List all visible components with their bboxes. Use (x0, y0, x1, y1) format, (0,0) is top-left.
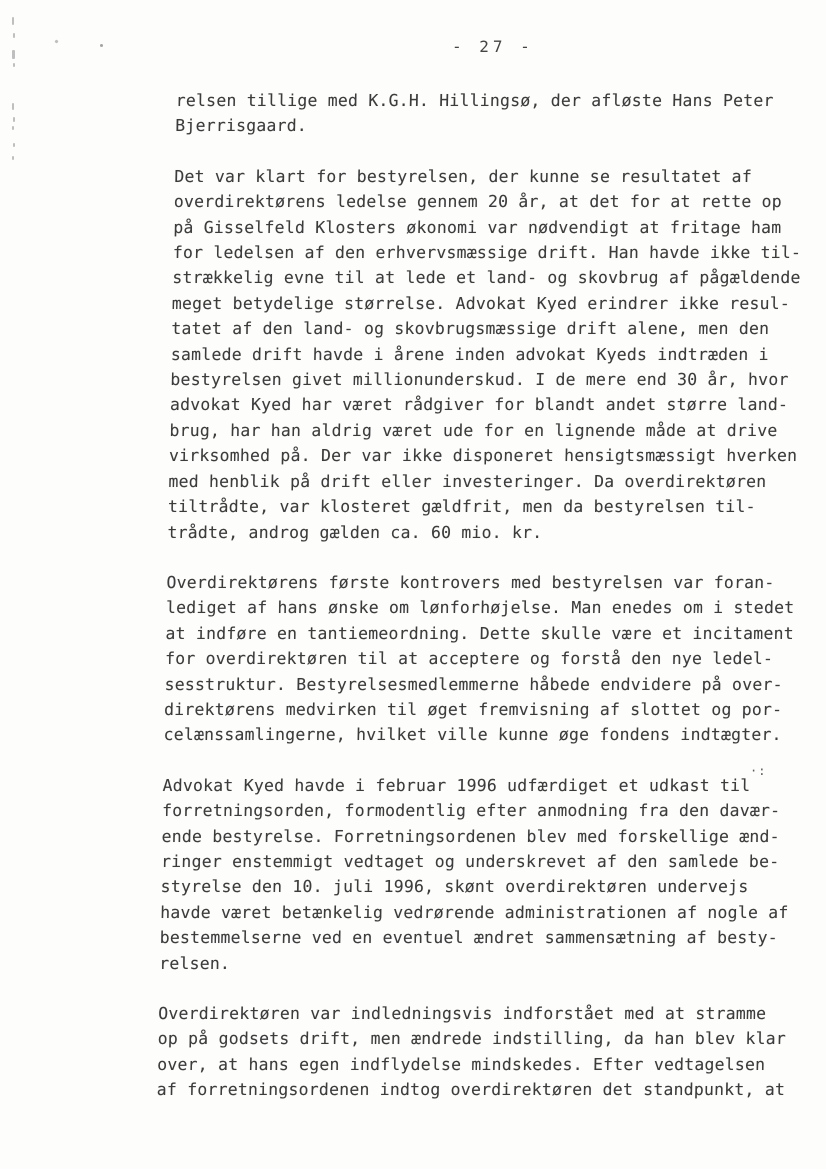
scan-speck (12, 156, 14, 160)
scan-speck (13, 33, 15, 38)
stray-annotation-mark: ·: (750, 764, 766, 778)
scan-speck (12, 126, 14, 130)
scan-speck (12, 103, 14, 110)
paragraph: Det var klart for bestyrelsen, der kunne… (167, 164, 826, 545)
paragraph: Overdirektørens første kontrovers med be… (163, 570, 826, 748)
document-page: - 27 - relsen tillige med K.G.H. Hilling… (0, 0, 826, 1169)
scan-speck (13, 63, 15, 67)
scan-speck (100, 44, 103, 47)
scan-speck (12, 17, 14, 25)
page-number: - 27 - (452, 37, 534, 56)
paragraph: relsen tillige med K.G.H. Hillingsø, der… (175, 88, 826, 139)
paragraph: Overdirektøren var indledningsvis indfor… (157, 1001, 819, 1103)
document-body: relsen tillige med K.G.H. Hillingsø, der… (156, 88, 826, 1128)
scan-speck (13, 143, 15, 147)
scan-speck (54, 39, 58, 43)
scan-speck (12, 50, 15, 59)
scan-speck (13, 117, 15, 122)
paragraph: Advokat Kyed havde i februar 1996 udfærd… (159, 773, 823, 976)
